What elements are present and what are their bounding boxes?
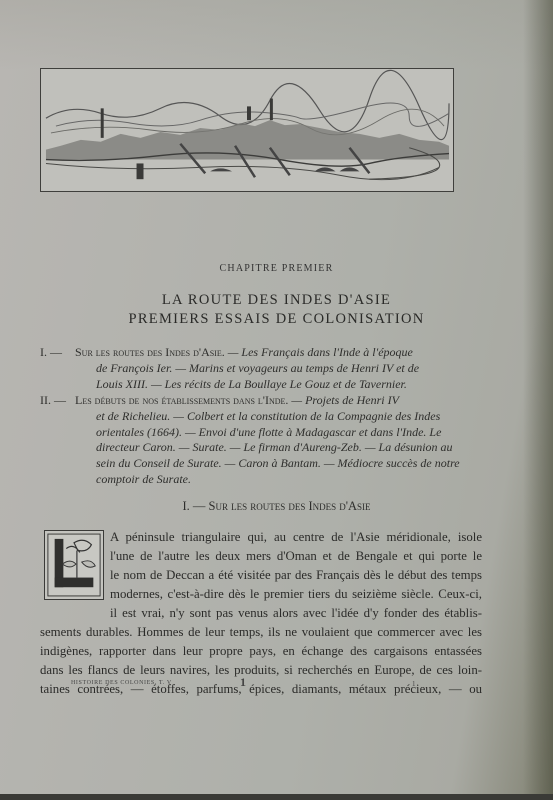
summary-heading: Les débuts de nos établissements dans l'… [75,393,288,407]
chapter-label: Chapitre premier [0,263,553,274]
summary-line: — Les Français dans l'Inde à l'époque [228,345,413,359]
summary-line: sein du Conseil de Surate. — Caron à Ban… [96,456,480,472]
ornamental-letter-l-icon [45,531,103,599]
body-line: sements durables. Hommes de leur temps, … [40,623,482,642]
summary-line: orientales (1664). — Envoi d'une flotte … [96,425,480,441]
summary-line: de François Ier. — Marins et voyageurs a… [96,361,480,377]
summary-line: directeur Caron. — Surate. — Le firman d… [96,440,480,456]
page-number: 1 [412,680,416,688]
summary-line: — Projets de Henri IV [291,393,399,407]
drop-cap-ornament [44,530,104,600]
page-shadow-top [0,0,553,70]
header-illustration [40,68,454,192]
chapter-title-line-1: LA ROUTE DES INDES D'ASIE [0,292,553,309]
town-panorama-icon [41,69,453,191]
body-paragraph-indented: A péninsule triangulaire qui, au centre … [110,528,482,623]
section-heading: I. — Sur les routes des Indes d'Asie [0,499,553,514]
summary-number: I. — [40,345,62,361]
chapter-title-line-2: PREMIERS ESSAIS DE COLONISATION [0,311,553,328]
footer-signature: Histoire des colonies. T. V [71,680,172,686]
body-line: A péninsule triangulaire qui, au centre … [110,528,482,547]
page-shadow-right [523,0,553,800]
body-line: modernes, c'est-à-dire dès le premier ti… [110,585,482,604]
summary-line: Louis XIII. — Les récits de La Boullaye … [96,377,480,393]
body-line: dans les flancs de leurs navires, les pr… [40,661,482,680]
page-bottom-edge [0,794,553,800]
summary-line: comptoir de Surate. [96,472,480,488]
footer-signature-mark: 1 [240,675,247,690]
body-line: indigènes, rapporter dans leur propre pa… [40,642,482,661]
summary-item-2: II. — Les débuts de nos établissements d… [40,393,480,488]
summary-item-1: I. — Sur les routes des Indes d'Asie. — … [40,345,480,392]
summary-number: II. — [40,393,66,409]
summary-heading: Sur les routes des Indes d'Asie. [75,345,225,359]
body-line: il est vrai, n'y sont pas venus alors av… [110,604,482,623]
body-line: l'une de l'autre les deux mers d'Oman et… [110,547,482,566]
body-line: le nom de Deccan a été visitée par des F… [110,566,482,585]
summary-line: et de Richelieu. — Colbert et la constit… [96,409,480,425]
